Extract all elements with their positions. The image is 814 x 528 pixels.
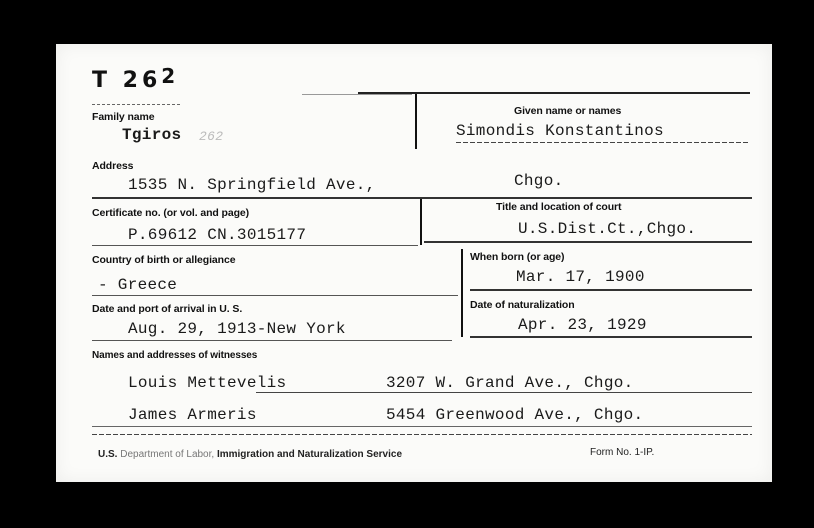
address-city: Chgo. [514, 172, 564, 190]
footer-us: U.S. [98, 449, 117, 460]
arrival-label: Date and port of arrival in U. S. [92, 303, 242, 315]
family-name-label: Family name [92, 111, 155, 123]
family-name-value: Tgiros [122, 126, 181, 144]
when-born-value: Mar. 17, 1900 [516, 268, 645, 286]
divider [424, 241, 752, 243]
divider [92, 295, 458, 296]
divider [470, 336, 752, 338]
divider [92, 197, 752, 199]
country-label: Country of birth or allegiance [92, 254, 235, 266]
card-code: T 262 [92, 68, 179, 93]
divider [92, 340, 452, 341]
code-underline [92, 104, 180, 105]
divider [456, 142, 750, 143]
court-label: Title and location of court [496, 201, 621, 213]
arrival-value: Aug. 29, 1913-New York [128, 320, 346, 338]
form-number: Form No. 1-IP. [590, 447, 654, 458]
witnesses-label: Names and addresses of witnesses [92, 350, 257, 361]
certificate-label: Certificate no. (or vol. and page) [92, 207, 249, 219]
naturalization-index-card: T 262 Family name Tgiros 262 Given name … [56, 44, 772, 482]
divider [92, 245, 418, 246]
witness-2-address: 5454 Greenwood Ave., Chgo. [386, 406, 643, 424]
family-name-annotation: 262 [199, 129, 223, 144]
divider [92, 434, 752, 435]
divider [92, 426, 752, 427]
country-value: - Greece [98, 276, 177, 294]
footer-department: Department of Labor, [120, 449, 214, 460]
divider [470, 289, 752, 291]
divider [256, 392, 752, 393]
address-value: 1535 N. Springfield Ave., [128, 176, 376, 194]
witness-1-name: Louis Mettevelis [128, 374, 286, 392]
naturalization-label: Date of naturalization [470, 299, 575, 311]
certificate-value: P.69612 CN.3015177 [128, 226, 306, 244]
divider [461, 249, 463, 337]
divider [302, 94, 412, 95]
divider [415, 94, 417, 149]
address-label: Address [92, 160, 133, 172]
given-name-label: Given name or names [514, 105, 621, 117]
witness-2-name: James Armeris [128, 406, 257, 424]
witness-1-address: 3207 W. Grand Ave., Chgo. [386, 374, 634, 392]
naturalization-value: Apr. 23, 1929 [518, 316, 647, 334]
when-born-label: When born (or age) [470, 251, 564, 263]
card-code-prefix: T 26 [92, 68, 161, 93]
court-value: U.S.Dist.Ct.,Chgo. [518, 220, 696, 238]
card-code-suffix: 2 [161, 64, 179, 88]
given-name-value: Simondis Konstantinos [456, 122, 664, 140]
footer-service: Immigration and Naturalization Service [217, 449, 402, 460]
divider [420, 199, 422, 245]
card-footer: U.S. Department of Labor, Immigration an… [98, 449, 402, 460]
